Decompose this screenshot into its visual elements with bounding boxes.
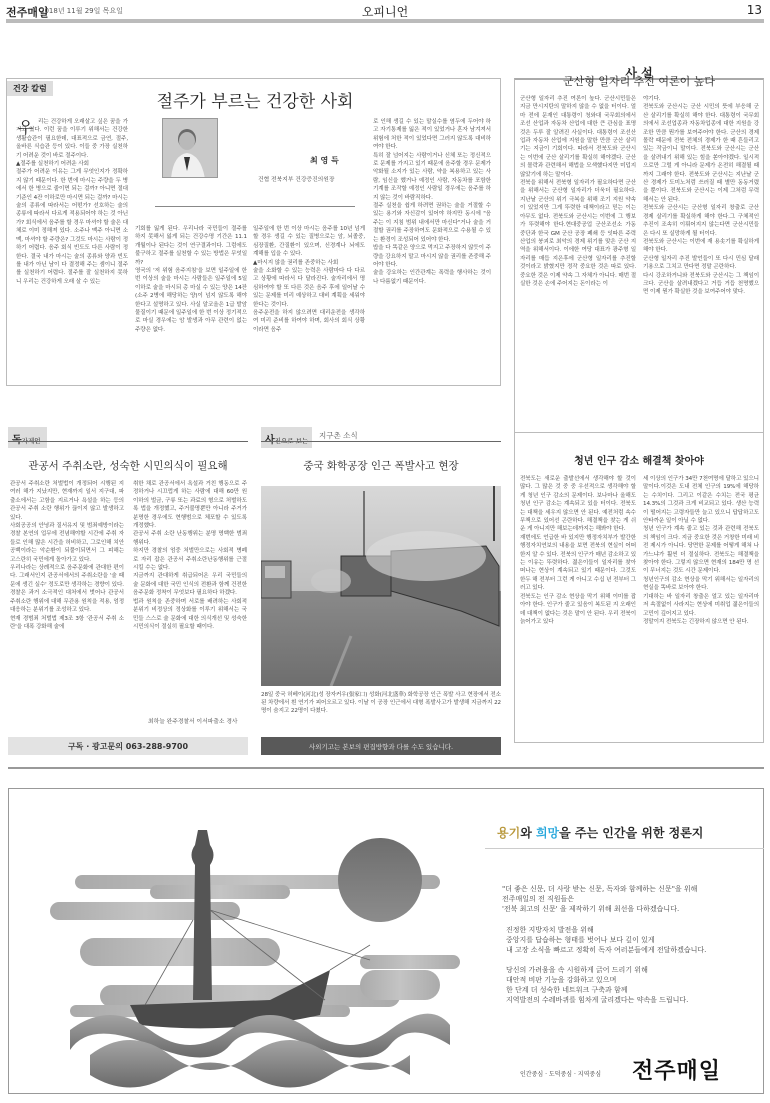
section-title: 오피니언 (0, 3, 770, 20)
promo-paragraph-2: 진정한 지방자치 발전을 위해 중앙지를 답습하는 형태를 벗어나 보다 깊이 … (506, 925, 770, 955)
ship-illustration (30, 820, 470, 1090)
health-column-headline: 절주가 부르는 건강한 사회 (130, 87, 380, 112)
reader-column-tab: 독자제언 (8, 427, 47, 448)
subscription-phone[interactable]: 063-288-9700 (126, 742, 188, 751)
portrait-icon (163, 119, 218, 178)
health-col-2: 기회를 잃게 된다. 우리나라 국민들이 절주를 하지 못해서 잃게 되는 건강… (135, 225, 247, 380)
explosion-photo (261, 486, 501, 686)
promo-paragraph-1: "더 좋은 신문, 더 사랑 받는 신문, 독자와 함께하는 신문"을 위해 전… (502, 884, 767, 914)
photo-news-tab: 사진으로 보는 (261, 427, 312, 448)
disclaimer-bar: 사외기고는 본보의 편집방향과 다를 수도 있습니다. (261, 737, 501, 755)
footer-divider (8, 767, 764, 769)
health-column-label: 건강 칼럼 (7, 81, 53, 96)
editorial-headline-1: 군산형 일자리 추진 여론이 높다 (514, 73, 764, 89)
editorial-2-col-2: 세 이상의 인구가 34만 7천여명에 달하고 있으니 말이다.이것은 도내 전… (643, 475, 759, 737)
health-col-1: 리는 건강하게 오래살고 싶은 꿈을 가지고 있다. 이런 꿈을 이루기 위해서… (16, 118, 128, 380)
pen-ship-icon (30, 820, 470, 1090)
reader-col-2: 취한 채로 관공서에서 욕설과 거친 행동으로 주정하거나 시끄럽게 하는 사람… (133, 480, 247, 716)
slogan-hope: 희망 (536, 826, 559, 840)
reader-byline: 최하늘 완주경찰서 이서파출소 경사 (148, 716, 238, 725)
reader-column-headline: 관공서 주취소란, 성숙한 시민의식이 필요해 (8, 458, 248, 473)
reader-section-rule (8, 441, 248, 442)
subscription-bar: 구독 · 광고문의 063-288-9700 (8, 737, 248, 755)
subscription-label: 구독 · 광고문의 (68, 741, 123, 752)
burned-trucks-photo-icon (261, 486, 501, 686)
author-title: 건협 전북지부 건강증진의원장 (258, 174, 334, 183)
promo-slogan: 용기와 희망을 주는 인간을 위한 정론지 (497, 824, 703, 841)
promo-paragraph-3: 당신의 가려움을 속 시원하게 긁어 드리기 위해 대안적 비판 기능을 강화하… (506, 965, 770, 1005)
editorial-1-col-1: 군산형 일자리 추진 여론이 높다. 군산시민들은 지금 만시지탄의 말하지 않… (520, 95, 636, 428)
photo-caption: 28일 중국 허베이(河北)성 장자커우(張家口) 성화(河北盛華) 화학공장 … (261, 691, 501, 716)
promo-logo: 전주매일 (632, 1054, 721, 1085)
promo-motto: 인간중심 · 도덕중심 · 지역중심 (520, 1069, 601, 1078)
reader-col-1: 관공서 주취소란 처벌법이 개정되어 시행된 지 여러 해가 지났지만, 현재까… (10, 480, 124, 726)
photo-section-rule (261, 441, 501, 442)
slogan-rest: 을 주는 인간을 위한 정론지 (559, 826, 703, 840)
photo-news-headline: 중국 화학공장 인근 폭발사고 현장 (261, 458, 501, 473)
editorial-headline-2: 청년 인구 감소 해결책 찾아야 (514, 452, 764, 467)
byline-rule (155, 206, 355, 207)
health-col-4: 로 인해 생길 수 있는 말실수를 염두에 두어야 하고 자기통제를 잃은 적이… (373, 118, 491, 380)
author-photo (162, 118, 218, 178)
page-number: 13 (747, 3, 762, 17)
author-name: 최 영 득 (310, 155, 339, 166)
editorial-1-col-2: 야기다. 전북도와 군산시는 군산 시민의 뜻에 부응해 군산 살리기를 확실히… (643, 95, 759, 428)
promo-slogan-divider (485, 848, 764, 849)
photo-tab-accent: 지구촌 소식 (319, 430, 358, 441)
editorial-2-col-1: 전북도는 새로운 출발선에서 생각해야 할 것이 많다. 그 많은 것 중 중 … (520, 475, 636, 737)
slogan-courage: 용기 (497, 826, 520, 840)
health-col-3: 일주일에 한 번 이상 마시는 음주를 10년 넘게 할 경우 생길 수 있는 … (253, 225, 365, 380)
header-rule (6, 19, 764, 23)
slogan-connector: 와 (520, 826, 536, 840)
